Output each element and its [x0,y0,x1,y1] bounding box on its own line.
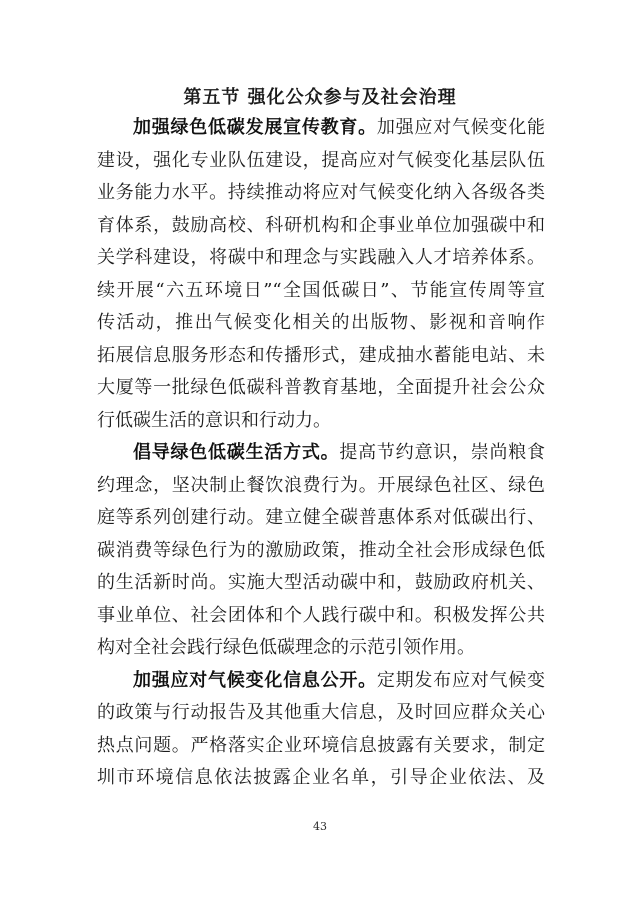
bold-lead-text: 倡导绿色低碳生活方式。 [133,442,339,463]
body-line: 热点问题。严格落实企业环境信息披露有关要求，制定深 [97,730,545,763]
paragraph-lead-line: 加强绿色低碳发展宣传教育。加强应对气候变化能力 [97,112,545,145]
document-page: 第五节 强化公众参与及社会治理 加强绿色低碳发展宣传教育。加强应对气候变化能力 … [0,0,640,906]
body-line: 传活动，推出气候变化相关的出版物、影视和音响作品， [97,307,545,340]
body-line: 的生活新时尚。实施大型活动碳中和，鼓励政府机关、企 [97,567,545,600]
page-number: 43 [0,820,640,834]
paragraph-end-line: 行低碳生活的意识和行动力。 [97,405,545,438]
paragraph-end-line: 构对全社会践行绿色低碳理念的示范引领作用。 [97,632,545,665]
bold-lead-text: 加强绿色低碳发展宣传教育。 [133,117,377,138]
body-line: 续开展“六五环境日”“全国低碳日”、节能宣传周等宣 [97,275,545,308]
body-line: 拓展信息服务形态和传播形式，建成抽水蓄能电站、未来 [97,340,545,373]
paragraph-lead-line: 加强应对气候变化信息公开。定期发布应对气候变化 [97,665,545,698]
body-line: 育体系，鼓励高校、科研机构和企事业单位加强碳中和相 [97,210,545,243]
body-line: 的政策与行动报告及其他重大信息，及时回应群众关心的 [97,697,545,730]
body-line: 事业单位、社会团体和个人践行碳中和。积极发挥公共机 [97,600,545,633]
body-line: 大厦等一批绿色低碳科普教育基地，全面提升社会公众践 [97,372,545,405]
body-line: 建设，强化专业队伍建设，提高应对气候变化基层队伍的 [97,145,545,178]
body-line: 庭等系列创建行动。建立健全碳普惠体系对低碳出行、低 [97,502,545,535]
body-line: 关学科建设，将碳中和理念与实践融入人才培养体系。持 [97,242,545,275]
body-line: 圳市环境信息依法披露企业名单，引导企业依法、及时、 [97,762,545,795]
paragraph-lead-line: 倡导绿色低碳生活方式。提高节约意识，崇尚粮食节 [97,437,545,470]
body-line: 约理念，坚决制止餐饮浪费行为。开展绿色社区、绿色家 [97,470,545,503]
body-line: 业务能力水平。持续推动将应对气候变化纳入各级各类教 [97,177,545,210]
bold-lead-text: 加强应对气候变化信息公开。 [133,670,377,691]
body-line: 碳消费等绿色行为的激励政策，推动全社会形成绿色低碳 [97,535,545,568]
section-title: 第五节 强化公众参与及社会治理 [0,84,640,112]
body-text-block: 加强绿色低碳发展宣传教育。加强应对气候变化能力 建设，强化专业队伍建设，提高应对… [97,112,545,795]
